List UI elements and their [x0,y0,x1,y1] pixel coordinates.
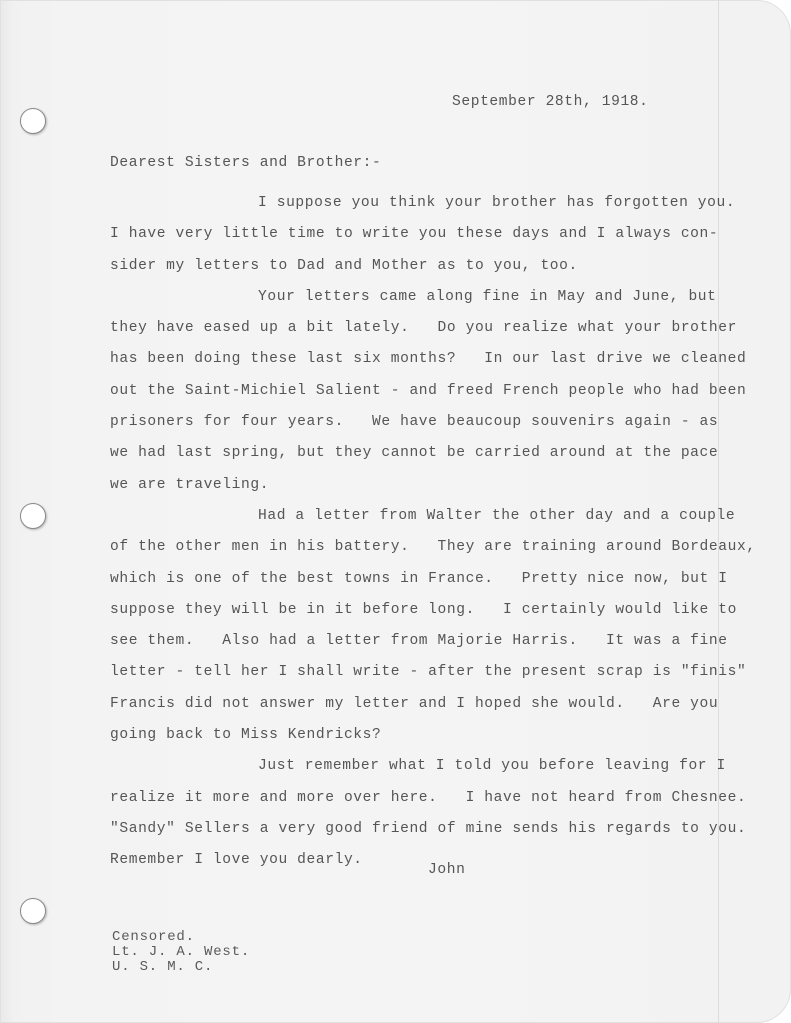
letter-line: we had last spring, but they cannot be c… [110,438,756,469]
letter-line: I have very little time to write you the… [110,219,756,250]
censor-line: U. S. M. C. [112,960,250,975]
letter-line: Francis did not answer my letter and I h… [110,689,756,720]
letter-line: suppose they will be in it before long. … [110,595,756,626]
letter-line: Your letters came along fine in May and … [110,282,756,313]
letter-page: September 28th, 1918. Dearest Sisters an… [0,0,791,1023]
censor-line: Lt. J. A. West. [112,945,250,960]
letter-signature: John [428,862,465,878]
letter-line: going back to Miss Kendricks? [110,720,756,751]
punch-hole-bottom-icon [20,898,46,924]
letter-line: of the other men in his battery. They ar… [110,532,756,563]
letter-line: which is one of the best towns in France… [110,564,756,595]
letter-line: letter - tell her I shall write - after … [110,657,756,688]
letter-line: "Sandy" Sellers a very good friend of mi… [110,814,756,845]
letter-line: has been doing these last six months? In… [110,344,756,375]
punch-hole-middle-icon [20,503,46,529]
letter-date: September 28th, 1918. [452,94,649,110]
censor-stamp: Censored.Lt. J. A. West.U. S. M. C. [112,930,250,975]
letter-line: out the Saint-Michiel Salient - and free… [110,376,756,407]
letter-body: I suppose you think your brother has for… [110,188,756,877]
letter-line: sider my letters to Dad and Mother as to… [110,251,756,282]
letter-line: they have eased up a bit lately. Do you … [110,313,756,344]
letter-line: prisoners for four years. We have beauco… [110,407,756,438]
letter-line: we are traveling. [110,470,756,501]
letter-salutation: Dearest Sisters and Brother:- [110,155,381,171]
punch-hole-top-icon [20,108,46,134]
letter-line: Had a letter from Walter the other day a… [110,501,756,532]
letter-line: see them. Also had a letter from Majorie… [110,626,756,657]
censor-line: Censored. [112,930,250,945]
letter-line: Just remember what I told you before lea… [110,751,756,782]
letter-line: I suppose you think your brother has for… [110,188,756,219]
letter-line: realize it more and more over here. I ha… [110,783,756,814]
